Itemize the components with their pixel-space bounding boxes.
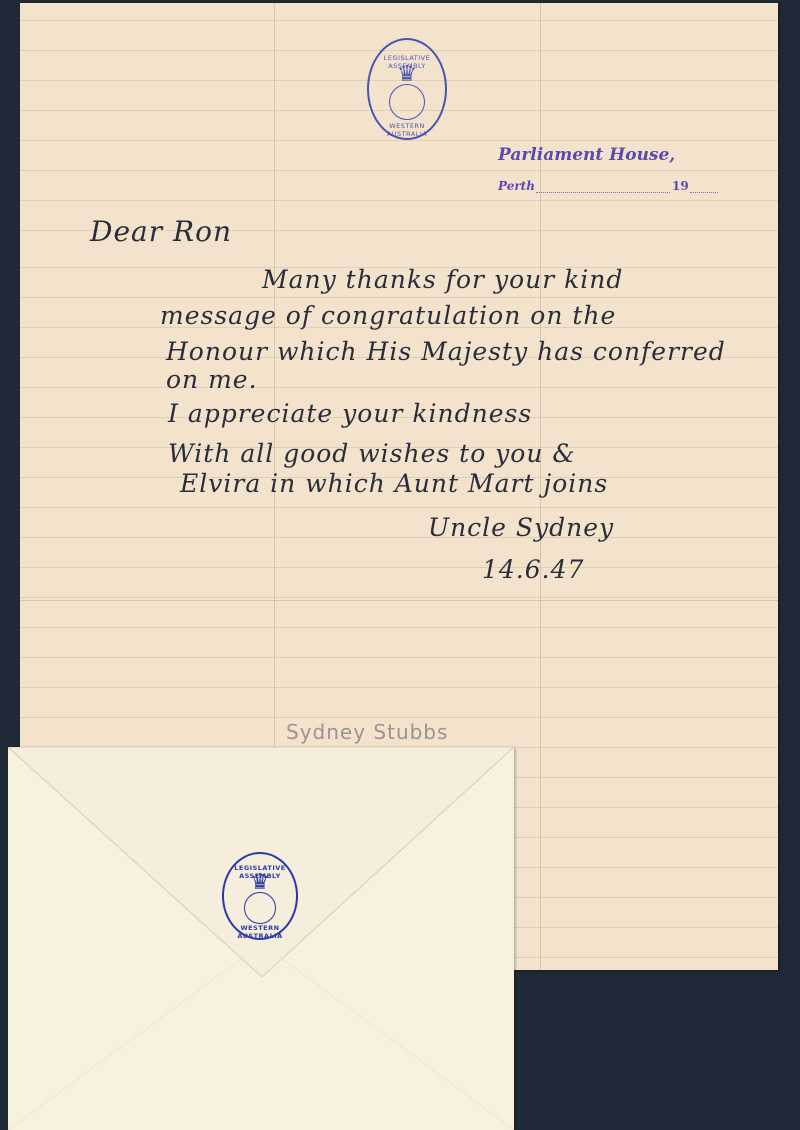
letter-line: Honour which His Majesty has conferred	[166, 337, 726, 366]
letter-line: Many thanks for your kind	[262, 265, 623, 294]
letter-line: on me.	[166, 365, 258, 394]
letter-line: With all good wishes to you &	[168, 439, 576, 468]
letter-line: message of congratulation on the	[160, 301, 616, 330]
shield-icon	[389, 84, 425, 120]
date-dotted-line	[536, 192, 670, 193]
crown-icon: ♛	[397, 64, 417, 86]
letter-date: 14.6.47	[482, 555, 584, 584]
shield-icon	[244, 892, 276, 924]
letterhead-crest-icon: LEGISLATIVE ASSEMBLY ♛ WESTERN AUSTRALIA	[367, 38, 447, 140]
salutation: Dear Ron	[90, 215, 232, 248]
envelope-crest-icon: LEGISLATIVE ASSEMBLY ♛ WESTERN AUSTRALIA	[222, 852, 298, 940]
pencil-note: Sydney Stubbs	[286, 720, 448, 744]
crown-icon: ♛	[250, 872, 270, 894]
signature: Uncle Sydney	[428, 513, 614, 542]
fold-line	[20, 600, 778, 601]
letter-line: I appreciate your kindness	[168, 399, 532, 428]
letterhead-year: 19	[672, 179, 689, 193]
letterhead-title: Parliament House,	[498, 145, 675, 165]
envelope: LEGISLATIVE ASSEMBLY ♛ WESTERN AUSTRALIA	[8, 747, 514, 1130]
letter-line: Elvira in which Aunt Mart joins	[180, 469, 608, 498]
year-dotted-line	[690, 192, 718, 193]
letterhead-city: Perth	[498, 179, 535, 193]
